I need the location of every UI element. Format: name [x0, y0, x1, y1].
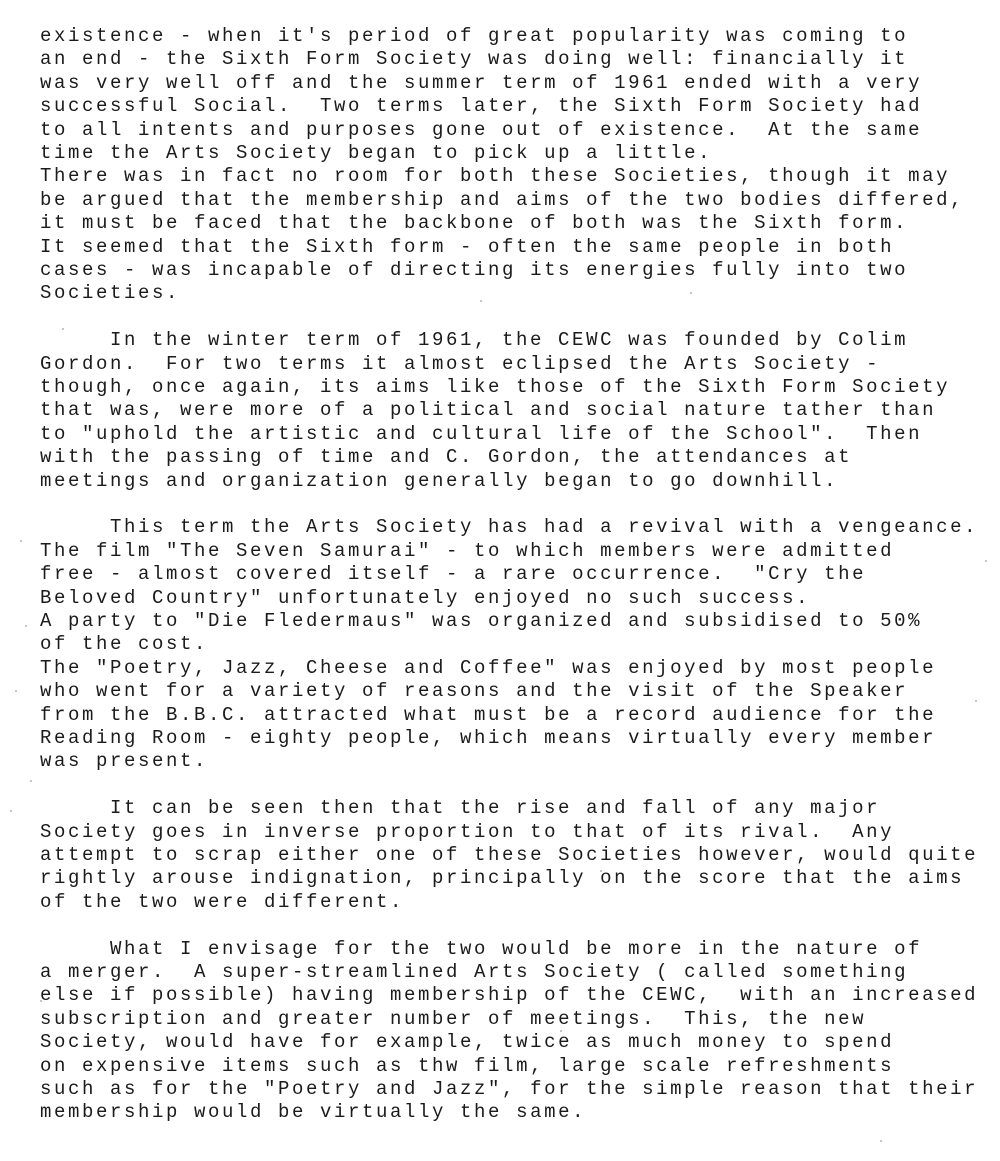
text-line: to "uphold the artistic and cultural lif… — [40, 423, 922, 446]
text-line: that was, were more of a political and s… — [40, 399, 936, 422]
text-line: be argued that the membership and aims o… — [40, 189, 964, 212]
text-line: was present. — [40, 750, 208, 773]
text-line: free - almost covered itself - a rare oc… — [40, 563, 866, 586]
text-line: who went for a variety of reasons and th… — [40, 680, 908, 703]
text-line: Gordon. For two terms it almost eclipsed… — [40, 353, 880, 376]
scan-speck — [25, 625, 27, 627]
text-line: with the passing of time and C. Gordon, … — [40, 446, 852, 469]
text-line: membership would be virtually the same. — [40, 1101, 586, 1124]
text-line: Reading Room - eighty people, which mean… — [40, 727, 936, 750]
scan-speck — [20, 540, 22, 542]
text-line: time the Arts Society began to pick up a… — [40, 142, 712, 165]
text-line: Beloved Country" unfortunately enjoyed n… — [40, 587, 810, 610]
scan-speck — [10, 810, 12, 812]
text-line: A party to "Die Fledermaus" was organize… — [40, 610, 922, 633]
text-line: The "Poetry, Jazz, Cheese and Coffee" wa… — [40, 657, 936, 680]
text-line: else if possible) having membership of t… — [40, 984, 978, 1007]
text-line: It can be seen then that the rise and fa… — [110, 797, 880, 820]
text-line: What I envisage for the two would be mor… — [110, 938, 922, 961]
text-line: In the winter term of 1961, the CEWC was… — [110, 329, 908, 352]
scan-speck — [600, 870, 602, 872]
scan-speck — [560, 1030, 562, 1032]
scan-speck — [40, 1000, 42, 1002]
scan-speck — [880, 1140, 882, 1142]
text-line: Societies. — [40, 282, 180, 305]
text-line: from the B.B.C. attracted what must be a… — [40, 704, 936, 727]
text-line: rightly arouse indignation, principally … — [40, 867, 964, 890]
typewritten-page: existence - when it's period of great po… — [0, 0, 1000, 1161]
text-line: existence - when it's period of great po… — [40, 25, 908, 48]
text-line: This term the Arts Society has had a rev… — [110, 516, 978, 539]
text-line: Society, would have for example, twice a… — [40, 1031, 894, 1054]
scan-speck — [690, 292, 692, 294]
text-line: a merger. A super-streamlined Arts Socie… — [40, 961, 908, 984]
text-line: an end - the Sixth Form Society was doin… — [40, 48, 908, 71]
text-line: was very well off and the summer term of… — [40, 72, 922, 95]
scan-speck — [480, 300, 482, 302]
text-line: subscription and greater number of meeti… — [40, 1008, 866, 1031]
text-line: on expensive items such as thw film, lar… — [40, 1055, 894, 1078]
scan-speck — [62, 328, 64, 330]
text-line: It seemed that the Sixth form - often th… — [40, 236, 894, 259]
scan-speck — [975, 700, 977, 702]
text-line: though, once again, its aims like those … — [40, 376, 950, 399]
text-line: Society goes in inverse proportion to th… — [40, 821, 894, 844]
scan-speck — [985, 560, 987, 562]
text-line: There was in fact no room for both these… — [40, 165, 950, 188]
text-line: successful Social. Two terms later, the … — [40, 95, 922, 118]
text-line: such as for the "Poetry and Jazz", for t… — [40, 1078, 978, 1101]
text-line: to all intents and purposes gone out of … — [40, 119, 922, 142]
scan-speck — [30, 780, 32, 782]
text-line: of the cost. — [40, 633, 208, 656]
text-line: it must be faced that the backbone of bo… — [40, 212, 908, 235]
text-line: The film "The Seven Samurai" - to which … — [40, 540, 894, 563]
scan-speck — [15, 690, 17, 692]
text-line: cases - was incapable of directing its e… — [40, 259, 908, 282]
text-line: meetings and organization generally bega… — [40, 470, 838, 493]
text-line: attempt to scrap either one of these Soc… — [40, 844, 978, 867]
text-line: of the two were different. — [40, 891, 404, 914]
